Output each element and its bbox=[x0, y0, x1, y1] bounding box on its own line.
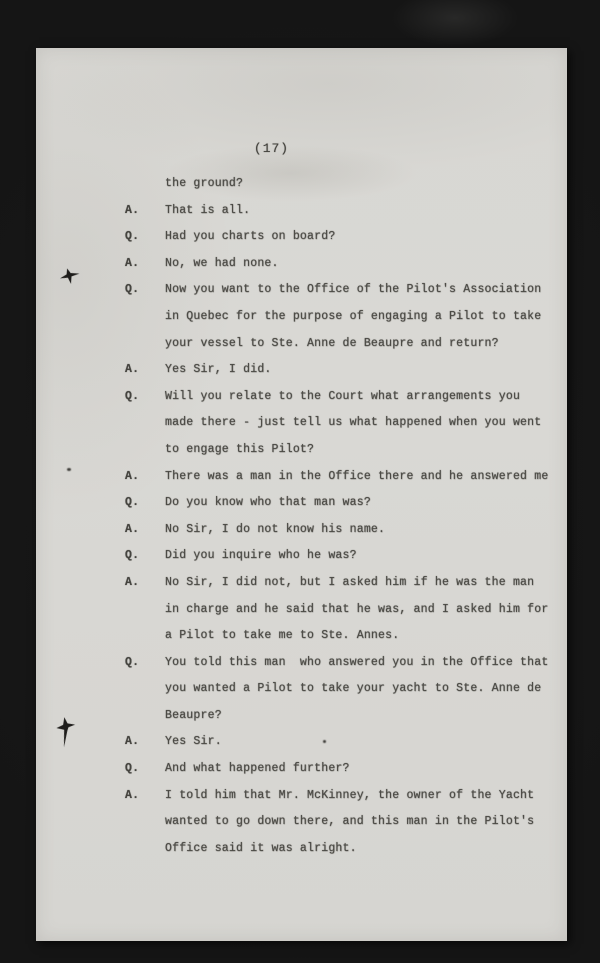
scanner-background: (17) the ground?A.That is all.Q.Had you … bbox=[0, 0, 600, 963]
transcript-entry: Q.You told this man who answered you in … bbox=[36, 650, 567, 730]
transcript-entry: A.Yes Sir, I did. bbox=[36, 357, 567, 384]
transcript-entry: Q.Now you want to the Office of the Pilo… bbox=[36, 277, 567, 357]
transcript: the ground?A.That is all.Q.Had you chart… bbox=[36, 171, 567, 862]
transcript-line: made there - just tell us what happened … bbox=[36, 410, 567, 437]
ink-dot-icon bbox=[67, 468, 71, 471]
speaker-label: Q. bbox=[125, 650, 139, 677]
transcript-entry: Q.Did you inquire who he was? bbox=[36, 543, 567, 570]
speaker-label: Q. bbox=[125, 224, 139, 251]
speaker-label: A. bbox=[125, 517, 139, 544]
speaker-label: A. bbox=[125, 251, 139, 278]
transcript-line: Had you charts on board? bbox=[36, 224, 567, 251]
transcript-line: Will you relate to the Court what arrang… bbox=[36, 384, 567, 411]
transcript-line: That is all. bbox=[36, 198, 567, 225]
transcript-line: you wanted a Pilot to take your yacht to… bbox=[36, 676, 567, 703]
speaker-label: Q. bbox=[125, 543, 139, 570]
transcript-line: No, we had none. bbox=[36, 251, 567, 278]
speaker-label: A. bbox=[125, 570, 139, 597]
transcript-line: There was a man in the Office there and … bbox=[36, 464, 567, 491]
transcript-line: in Quebec for the purpose of engaging a … bbox=[36, 304, 567, 331]
transcript-entry: Q.Had you charts on board? bbox=[36, 224, 567, 251]
transcript-line: Beaupre? bbox=[36, 703, 567, 730]
speaker-label: Q. bbox=[125, 490, 139, 517]
speaker-label: A. bbox=[125, 783, 139, 810]
transcript-entry: Q.Will you relate to the Court what arra… bbox=[36, 384, 567, 464]
transcript-line: You told this man who answered you in th… bbox=[36, 650, 567, 677]
transcript-line: your vessel to Ste. Anne de Beaupre and … bbox=[36, 331, 567, 358]
transcript-line: to engage this Pilot? bbox=[36, 437, 567, 464]
transcript-line: I told him that Mr. McKinney, the owner … bbox=[36, 783, 567, 810]
ink-dot-icon bbox=[323, 740, 326, 743]
speaker-label: Q. bbox=[125, 384, 139, 411]
transcript-entry: Q.And what happened further? bbox=[36, 756, 567, 783]
transcript-line: a Pilot to take me to Ste. Annes. bbox=[36, 623, 567, 650]
transcript-entry: A.Yes Sir. bbox=[36, 729, 567, 756]
speaker-label: Q. bbox=[125, 277, 139, 304]
transcript-entry: Q.Do you know who that man was? bbox=[36, 490, 567, 517]
transcript-entry: A.I told him that Mr. McKinney, the owne… bbox=[36, 783, 567, 863]
transcript-entry: A.That is all. bbox=[36, 198, 567, 225]
speaker-label: A. bbox=[125, 729, 139, 756]
speaker-label: Q. bbox=[125, 756, 139, 783]
speaker-label: A. bbox=[125, 198, 139, 225]
transcript-line: No Sir, I did not, but I asked him if he… bbox=[36, 570, 567, 597]
transcript-line: And what happened further? bbox=[36, 756, 567, 783]
transcript-entry: A.No Sir, I did not, but I asked him if … bbox=[36, 570, 567, 650]
transcript-line: No Sir, I do not know his name. bbox=[36, 517, 567, 544]
transcript-line: the ground? bbox=[36, 171, 567, 198]
speaker-label: A. bbox=[125, 357, 139, 384]
transcript-line: Yes Sir. bbox=[36, 729, 567, 756]
document-page: (17) the ground?A.That is all.Q.Had you … bbox=[36, 48, 567, 941]
transcript-line: Office said it was alright. bbox=[36, 836, 567, 863]
transcript-line: Did you inquire who he was? bbox=[36, 543, 567, 570]
page-number: (17) bbox=[36, 141, 507, 156]
transcript-line: Do you know who that man was? bbox=[36, 490, 567, 517]
transcript-entry: A.No Sir, I do not know his name. bbox=[36, 517, 567, 544]
transcript-line: in charge and he said that he was, and I… bbox=[36, 597, 567, 624]
transcript-line: Yes Sir, I did. bbox=[36, 357, 567, 384]
transcript-entry: A.No, we had none. bbox=[36, 251, 567, 278]
speaker-label: A. bbox=[125, 464, 139, 491]
transcript-entry: A.There was a man in the Office there an… bbox=[36, 464, 567, 491]
transcript-line: Now you want to the Office of the Pilot'… bbox=[36, 277, 567, 304]
transcript-entry: the ground? bbox=[36, 171, 567, 198]
transcript-line: wanted to go down there, and this man in… bbox=[36, 809, 567, 836]
